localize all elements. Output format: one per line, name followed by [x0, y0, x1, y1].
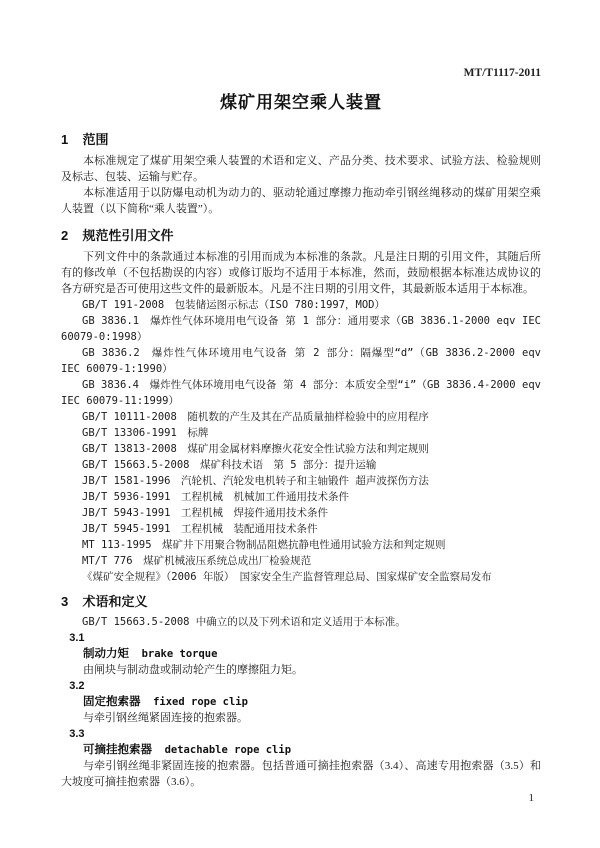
- standard-code: MT/T1117-2011: [61, 66, 541, 80]
- section-heading-references: 2规范性引用文件: [61, 228, 541, 244]
- paragraph: 本标准适用于以防爆电动机为动力的、驱动轮通过摩擦力拖动牵引钢丝绳移动的煤矿用架空…: [61, 185, 541, 217]
- reference-item: GB/T 15663.5-2008 煤矿科技术语 第 5 部分：提升运输: [61, 457, 541, 473]
- term-name-zh: 可摘挂抱索器: [83, 744, 152, 756]
- term-number: 3.2: [61, 678, 541, 694]
- reference-list: GB/T 191-2008 包装储运图示标志（ISO 780:1997，MOD）…: [61, 297, 541, 585]
- term-name-zh: 固定抱索器: [83, 696, 141, 708]
- reference-item: GB 3836.1 爆炸性气体环境用电气设备 第 1 部分：通用要求（GB 38…: [61, 313, 541, 345]
- term-fixed-rope-clip: 3.2 固定抱索器fixed rope clip 与牵引钢丝绳紧固连接的抱索器。: [61, 678, 541, 726]
- section-number: 1: [61, 132, 68, 147]
- reference-item: JB/T 1581-1996 汽轮机、汽轮发电机转子和主轴锻件 超声波探伤方法: [61, 473, 541, 489]
- reference-item: MT 113-1995 煤矿井下用聚合物制品阻燃抗静电性通用试验方法和判定规则: [61, 537, 541, 553]
- term-name: 固定抱索器fixed rope clip: [61, 694, 541, 710]
- term-name-en: brake torque: [142, 648, 218, 660]
- section-terms-definitions: 3术语和定义 GB/T 15663.5-2008 中确立的以及下列术语和定义适用…: [61, 594, 541, 790]
- reference-item: GB/T 13813-2008 煤矿用金属材料摩擦火花安全性试验方法和判定规则: [61, 441, 541, 457]
- reference-item: 《煤矿安全规程》（2006 年版） 国家安全生产监督管理总局、国家煤矿安全监察局…: [61, 569, 541, 585]
- term-number: 3.3: [61, 726, 541, 742]
- reference-item: GB/T 13306-1991 标牌: [61, 425, 541, 441]
- term-brake-torque: 3.1 制动力矩brake torque 由闸块与制动盘或制动轮产生的摩擦阻力矩…: [61, 630, 541, 678]
- term-name-en: detachable rope clip: [165, 744, 291, 756]
- reference-item: JB/T 5945-1991 工程机械 装配通用技术条件: [61, 521, 541, 537]
- term-definition: 与牵引钢丝绳紧固连接的抱索器。: [61, 710, 541, 726]
- term-number: 3.1: [61, 630, 541, 646]
- reference-item: MT/T 776 煤矿机械液压系统总成出厂检验规范: [61, 553, 541, 569]
- term-name-en: fixed rope clip: [153, 696, 248, 708]
- term-detachable-rope-clip: 3.3 可摘挂抱索器detachable rope clip 与牵引钢丝绳非紧固…: [61, 726, 541, 790]
- page-title: 煤矿用架空乘人装置: [61, 92, 541, 114]
- section-scope: 1范围 本标准规定了煤矿用架空乘人装置的术语和定义、产品分类、技术要求、试验方法…: [61, 132, 541, 217]
- section-number: 3: [61, 594, 68, 609]
- page-number: 1: [529, 790, 535, 806]
- term-name: 可摘挂抱索器detachable rope clip: [61, 742, 541, 758]
- reference-item: GB 3836.4 爆炸性气体环境用电气设备 第 4 部分：本质安全型“i”（G…: [61, 377, 541, 409]
- reference-item: JB/T 5943-1991 工程机械 焊接件通用技术条件: [61, 505, 541, 521]
- term-definition: 由闸块与制动盘或制动轮产生的摩擦阻力矩。: [61, 662, 541, 678]
- reference-item: GB 3836.2 爆炸性气体环境用电气设备 第 2 部分：隔爆型“d”（GB …: [61, 345, 541, 377]
- paragraph: 下列文件中的条款通过本标准的引用而成为本标准的条款。凡是注日期的引用文件，其随后…: [61, 249, 541, 297]
- section-heading-scope: 1范围: [61, 132, 541, 148]
- section-normative-references: 2规范性引用文件 下列文件中的条款通过本标准的引用而成为本标准的条款。凡是注日期…: [61, 228, 541, 585]
- section-title: 术语和定义: [83, 594, 148, 609]
- term-name: 制动力矩brake torque: [61, 646, 541, 662]
- paragraph: 本标准规定了煤矿用架空乘人装置的术语和定义、产品分类、技术要求、试验方法、检验规…: [61, 153, 541, 185]
- reference-item: JB/T 5936-1991 工程机械 机械加工件通用技术条件: [61, 489, 541, 505]
- document-page: MT/T1117-2011 煤矿用架空乘人装置 1范围 本标准规定了煤矿用架空乘…: [0, 0, 600, 848]
- section-title: 范围: [83, 132, 109, 147]
- term-name-zh: 制动力矩: [83, 648, 129, 660]
- paragraph: GB/T 15663.5-2008 中确立的以及下列术语和定义适用于本标准。: [61, 614, 541, 630]
- term-definition: 与牵引钢丝绳非紧固连接的抱索器。包括普通可摘挂抱索器（3.4）、高速专用抱索器（…: [61, 758, 541, 790]
- section-number: 2: [61, 228, 68, 243]
- reference-item: GB/T 10111-2008 随机数的产生及其在产品质量抽样检验中的应用程序: [61, 409, 541, 425]
- reference-item: GB/T 191-2008 包装储运图示标志（ISO 780:1997，MOD）: [61, 297, 541, 313]
- section-heading-terms: 3术语和定义: [61, 594, 541, 610]
- section-title: 规范性引用文件: [83, 228, 174, 243]
